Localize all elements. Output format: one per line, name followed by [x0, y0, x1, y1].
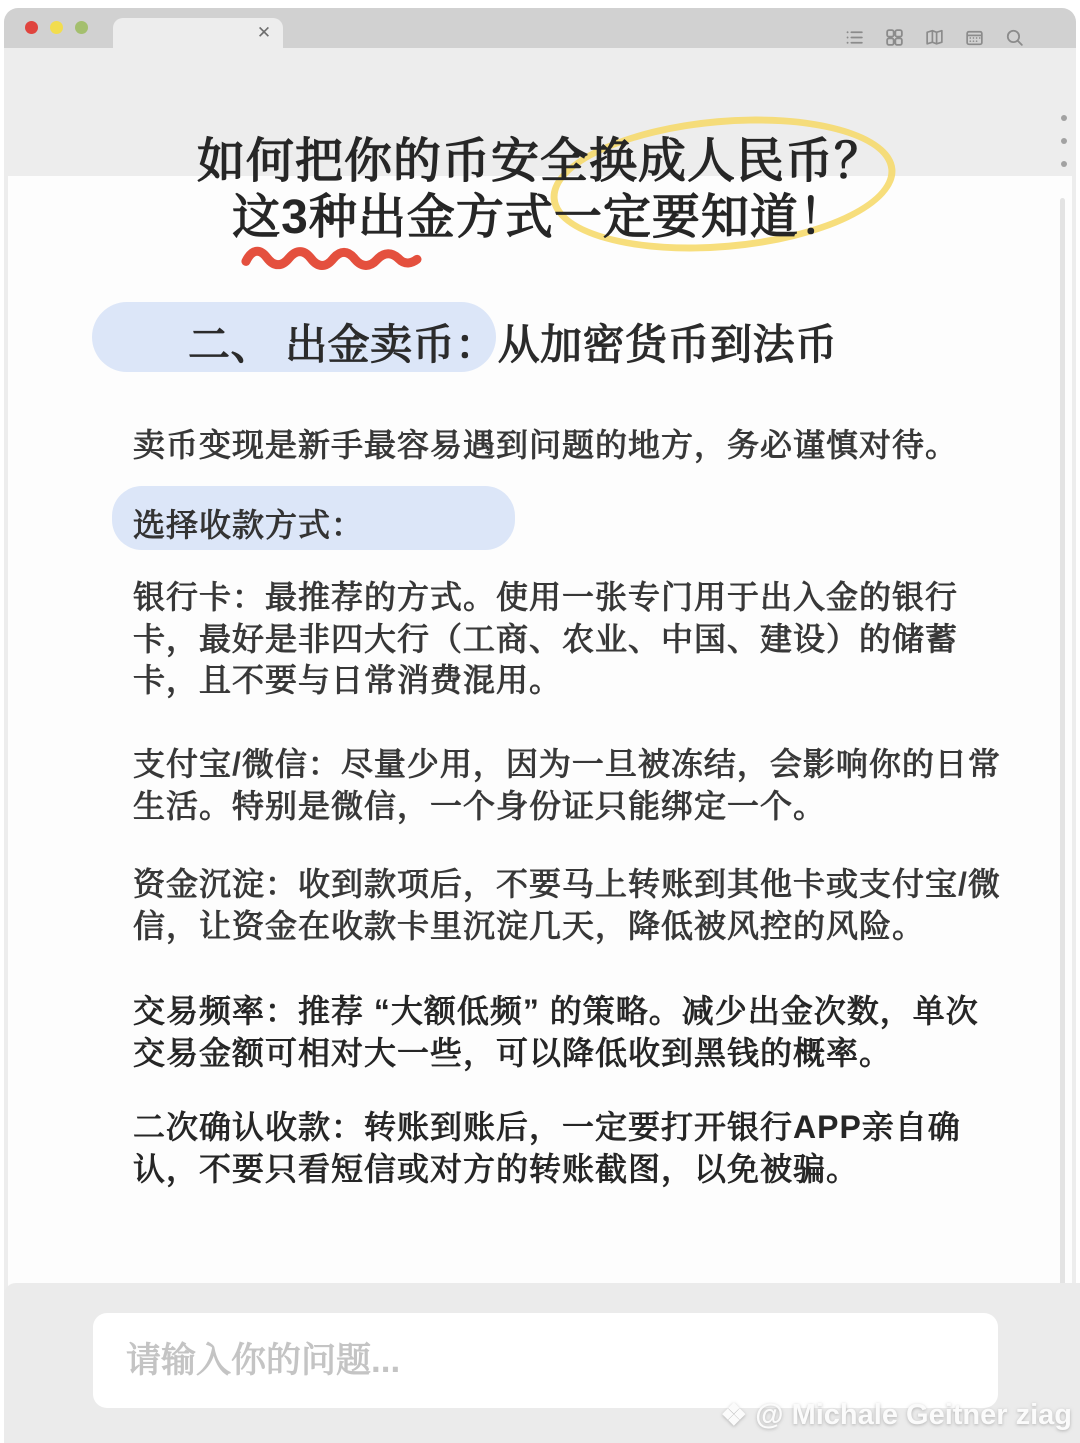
- article-title: 如何把你的币安全换成人民币？ 这3种出金方式一定要知道！: [0, 134, 1080, 246]
- tab-close-icon[interactable]: ✕: [255, 24, 273, 42]
- watermark-text: @ Michale Geitner ziag: [755, 1399, 1072, 1432]
- list-icon[interactable]: [844, 27, 865, 48]
- zoom-window-button[interactable]: [75, 21, 88, 34]
- method-label: 选择收款方式：: [133, 500, 364, 546]
- browser-tab[interactable]: ✕: [113, 18, 283, 48]
- search-icon[interactable]: [1004, 27, 1025, 48]
- question-input-box[interactable]: [93, 1313, 998, 1408]
- dot: [1061, 115, 1067, 121]
- paragraph-trade-frequency: 交易频率：推荐 “大额低频” 的策略。减少出金次数，单次交易金额可相对大一些，可…: [133, 991, 1011, 1074]
- section-heading-highlighted-text: 二、 出金卖币：: [188, 321, 498, 368]
- paragraph-alipay-wechat: 支付宝/微信：尽量少用，因为一旦被冻结，会影响你的日常生活。特别是微信，一个身份…: [133, 744, 1011, 827]
- watermark: ❖ @ Michale Geitner ziag: [720, 1399, 1072, 1432]
- titlebar-toolbar: [844, 26, 1054, 48]
- title-line-2: 这3种出金方式一定要知道！: [0, 190, 1080, 246]
- close-window-button[interactable]: [25, 21, 38, 34]
- intro-paragraph: 卖币变现是新手最容易遇到问题的地方，务必谨慎对待。: [133, 420, 958, 466]
- map-icon[interactable]: [924, 27, 945, 48]
- paragraph-double-confirm: 二次确认收款：转账到账后，一定要打开银行APP亲自确认，不要只看短信或对方的转账…: [133, 1107, 1011, 1190]
- calendar-icon[interactable]: [964, 27, 985, 48]
- title-line-1: 如何把你的币安全换成人民币？: [0, 134, 1080, 190]
- scrollbar-track[interactable]: [1060, 198, 1065, 1318]
- section-heading-rest-text: 从加密货币到法币: [498, 321, 838, 368]
- paragraph-bank-card: 银行卡：最推荐的方式。使用一张专门用于出入金的银行卡，最好是非四大行（工商、农业…: [133, 577, 1011, 702]
- paragraph-fund-settling: 资金沉淀：收到款项后，不要马上转账到其他卡或支付宝/微信，让资金在收款卡里沉淀几…: [133, 864, 1011, 947]
- minimize-window-button[interactable]: [50, 21, 63, 34]
- red-squiggle-underline: [240, 241, 439, 276]
- binance-diamond-icon: ❖: [720, 1401, 747, 1431]
- grid-icon[interactable]: [884, 27, 905, 48]
- section-heading: 二、 出金卖币：从加密货币到法币: [188, 312, 838, 372]
- question-input[interactable]: [93, 1313, 998, 1408]
